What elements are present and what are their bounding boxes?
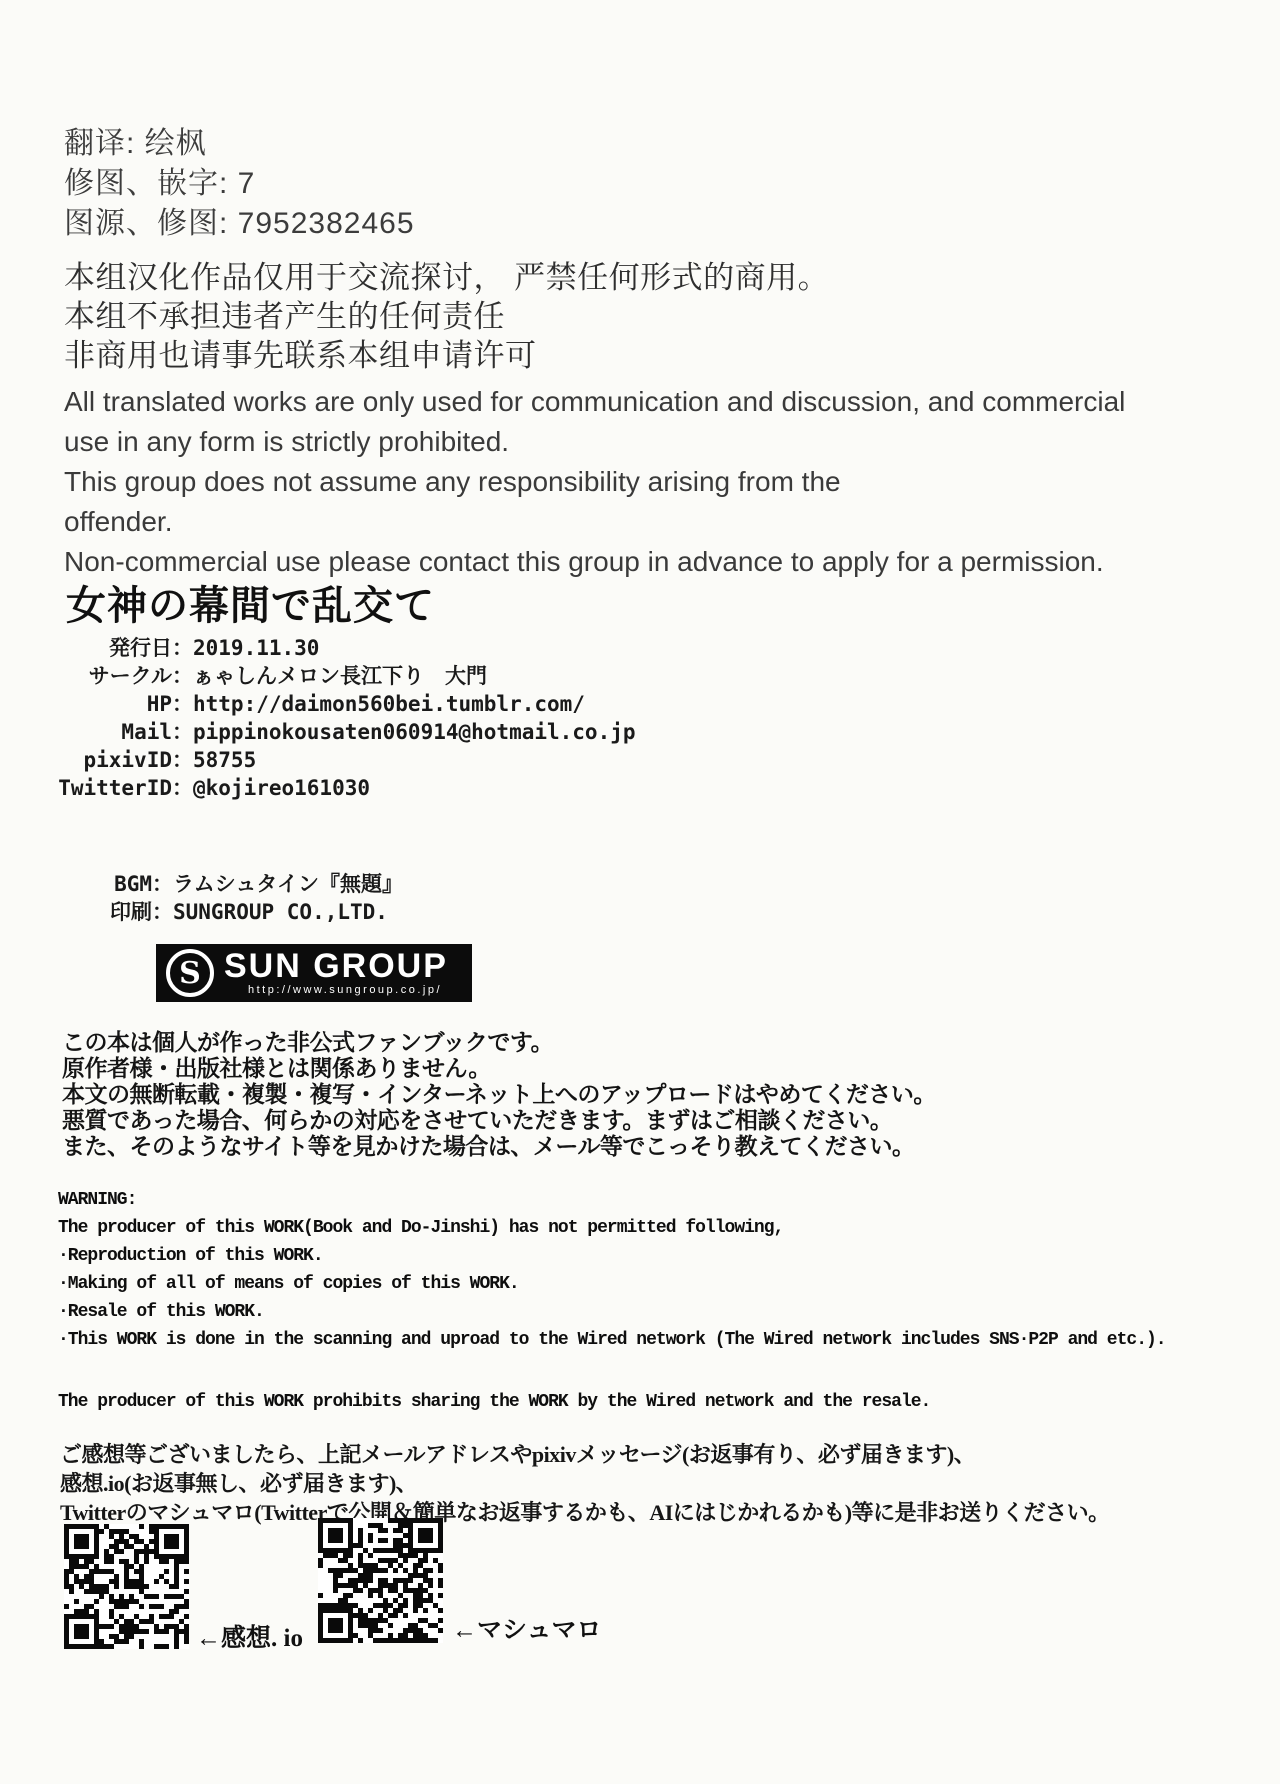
colophon-row-mail: Mail：pippinokousaten060914@hotmail.co.jp: [22, 718, 636, 746]
credit-line-translator: 翻译: 绘枫: [64, 124, 415, 164]
colophon-label: Mail: [22, 718, 172, 746]
usage-zh-line: 本组不承担违者产生的任何责任: [64, 297, 1125, 336]
feedback-line: ご感想等ございましたら、上記メールアドレスやpixivメッセージ(お返事有り、必…: [60, 1440, 1110, 1469]
colophon-colon: ：: [172, 776, 193, 800]
colophon-extra: BGM：ラムシュタイン『無題』 印刷：SUNGROUP CO.,LTD.: [22, 870, 403, 926]
colophon-colon: ：: [152, 872, 173, 896]
colophon-value: 58755: [193, 748, 256, 772]
colophon-value: 2019.11.30: [193, 636, 319, 660]
qr-code-marshmallow: [318, 1518, 443, 1643]
fanbook-notice-line: 原作者様・出版社様とは関係ありません。: [62, 1056, 936, 1082]
colophon-colon: ：: [172, 636, 193, 660]
usage-en-line: This group does not assume any responsib…: [64, 462, 1125, 502]
colophon-colon: ：: [152, 900, 173, 924]
colophon-value: ぁゃしんメロン長江下り 大門: [193, 664, 487, 688]
colophon-row-hp: HP：http://daimon560bei.tumblr.com/: [22, 690, 636, 718]
colophon-row-pixiv: pixivID：58755: [22, 746, 636, 774]
colophon-label: 発行日: [22, 634, 172, 662]
colophon-row-twitter: TwitterID：@kojireo161030: [22, 774, 636, 802]
colophon-label: BGM: [22, 870, 152, 898]
colophon-value: ラムシュタイン『無題』: [173, 872, 403, 896]
usage-zh-line: 非商用也请事先联系本组申请许可: [64, 336, 1125, 375]
qr-code-kansou-io: [64, 1524, 189, 1649]
colophon-value: pippinokousaten060914@hotmail.co.jp: [193, 720, 636, 744]
usage-en-line: use in any form is strictly prohibited.: [64, 422, 1125, 462]
warning-heading: WARNING:: [58, 1186, 1166, 1214]
colophon-colon: ：: [172, 692, 193, 716]
usage-en-line: All translated works are only used for c…: [64, 382, 1125, 422]
credit-line-typesetter: 修图、嵌字: 7: [64, 164, 415, 204]
warning-footer: The producer of this WORK prohibits shar…: [58, 1388, 1166, 1416]
usage-en-line: offender.: [64, 502, 1125, 542]
usage-notice-zh: 本组汉化作品仅用于交流探讨， 严禁任何形式的商用。 本组不承担违者产生的任何责任…: [64, 258, 1125, 375]
colophon-colon: ：: [172, 720, 193, 744]
colophon-value: @kojireo161030: [193, 776, 370, 800]
colophon-colon: ：: [172, 748, 193, 772]
credit-line-source: 图源、修图: 7952382465: [64, 204, 415, 244]
sun-group-monogram-icon: S: [166, 949, 214, 997]
colophon-row-circle: サークル：ぁゃしんメロン長江下り 大門: [22, 662, 636, 690]
translation-credits: 翻译: 绘枫 修图、嵌字: 7 图源、修图: 7952382465: [64, 124, 415, 244]
qr-label-marshmallow: ←マシュマロ: [452, 1610, 602, 1646]
colophon-label: 印刷: [22, 898, 152, 926]
fanbook-notice-line: 本文の無断転載・複製・複写・インターネット上へのアップロードはやめてください。: [62, 1082, 936, 1108]
colophon-value: http://daimon560bei.tumblr.com/: [193, 692, 585, 716]
warning-line: ·Making of all of means of copies of thi…: [58, 1270, 1166, 1298]
fanbook-notice-line: また、そのようなサイト等を見かけた場合は、メール等でこっそり教えてください。: [62, 1134, 936, 1160]
colophon: 発行日：2019.11.30 サークル：ぁゃしんメロン長江下り 大門 HP：ht…: [22, 634, 636, 802]
warning-line: ·This WORK is done in the scanning and u…: [58, 1326, 1166, 1354]
colophon-label: HP: [22, 690, 172, 718]
fanbook-notice: この本は個人が作った非公式ファンブックです。 原作者様・出版社様とは関係ありませ…: [62, 1030, 936, 1160]
colophon-value: SUNGROUP CO.,LTD.: [173, 900, 388, 924]
colophon-row-date: 発行日：2019.11.30: [22, 634, 636, 662]
colophon-label: pixivID: [22, 746, 172, 774]
sun-group-logo-url: http://www.sungroup.co.jp/: [248, 984, 442, 996]
colophon-row-printer: 印刷：SUNGROUP CO.,LTD.: [22, 898, 403, 926]
warning-line: ·Resale of this WORK.: [58, 1298, 1166, 1326]
feedback-line: 感想.io(お返事無し、必ず届きます)、: [60, 1469, 1110, 1498]
doujin-title: 女神の幕間で乱交て: [66, 574, 435, 631]
usage-notice-en: All translated works are only used for c…: [64, 382, 1125, 582]
colophon-colon: ：: [172, 664, 193, 688]
colophon-label: TwitterID: [22, 774, 172, 802]
warning-block: WARNING: The producer of this WORK(Book …: [58, 1186, 1166, 1416]
usage-notice: 本组汉化作品仅用于交流探讨， 严禁任何形式的商用。 本组不承担违者产生的任何责任…: [64, 258, 1125, 582]
sun-group-logo: S SUN GROUP http://www.sungroup.co.jp/: [156, 944, 472, 1002]
colophon-label: サークル: [22, 662, 172, 690]
warning-line: The producer of this WORK(Book and Do-Ji…: [58, 1214, 1166, 1242]
warning-line: ·Reproduction of this WORK.: [58, 1242, 1166, 1270]
doujinshi-credits-page: 翻译: 绘枫 修图、嵌字: 7 图源、修图: 7952382465 本组汉化作品…: [0, 0, 1280, 1784]
fanbook-notice-line: 悪質であった場合、何らかの対応をさせていただきます。まずはご相談ください。: [62, 1108, 936, 1134]
qr-label-kansou-io: ←感想. io: [196, 1618, 303, 1654]
usage-zh-line: 本组汉化作品仅用于交流探讨， 严禁任何形式的商用。: [64, 258, 1125, 297]
colophon-row-bgm: BGM：ラムシュタイン『無題』: [22, 870, 403, 898]
sun-group-logo-name: SUN GROUP: [224, 947, 448, 986]
feedback-note: ご感想等ございましたら、上記メールアドレスやpixivメッセージ(お返事有り、必…: [60, 1440, 1110, 1527]
qr-section: ←感想. io ←マシュマロ: [60, 1516, 760, 1661]
fanbook-notice-line: この本は個人が作った非公式ファンブックです。: [62, 1030, 936, 1056]
